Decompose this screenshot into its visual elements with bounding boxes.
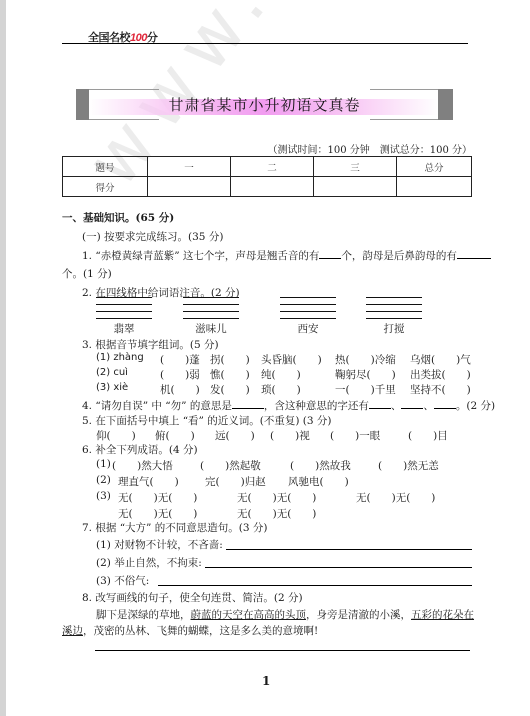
answer-blank[interactable] — [401, 398, 423, 409]
fill-item[interactable]: ( )一眼 — [330, 428, 380, 443]
fill-item[interactable]: ( )然起敬 — [200, 458, 261, 473]
answer-line[interactable] — [226, 549, 472, 550]
fill-item[interactable]: 乌烟( )气 — [410, 352, 471, 367]
fill-item[interactable]: ( )蓬 — [160, 352, 200, 367]
fill-item[interactable]: 发( ) — [210, 382, 250, 397]
question-7: 7. 根据 “大方” 的不同意思造句。(3 分) — [82, 520, 267, 535]
title-banner: 甘肃省某市小升初语文真卷 — [76, 89, 453, 120]
sentence-prompt: (3) 不俗气: — [96, 573, 149, 588]
section-heading: 一、基础知识。(65 分) — [62, 210, 174, 225]
sentence-prompt: (2) 举止自然，不拘束: — [96, 555, 202, 570]
answer-blank[interactable] — [319, 248, 341, 259]
score-cell[interactable] — [231, 177, 314, 197]
question-text: ，含这种意思的字还有 — [264, 400, 369, 412]
score-cell[interactable] — [314, 177, 397, 197]
fill-item[interactable]: 头昏脑( ) — [261, 352, 322, 367]
fill-item[interactable]: 鞠躬尽( ) — [335, 367, 396, 382]
title-line — [370, 89, 438, 90]
row-label: (2) — [96, 474, 111, 486]
passage-line-1: 脚下是深绿的草地，蔚蓝的天空在高高的头顶，身旁是清澈的小溪，五彩的花朵在 — [96, 607, 474, 622]
fill-item[interactable]: 无( )无( ) — [237, 506, 316, 521]
question-1-cont: 个。(1 分) — [62, 266, 112, 281]
underlined-sentence: 溪边 — [62, 625, 83, 637]
table-header: 一 — [148, 157, 231, 177]
question-8: 8. 改写画线的句子，使全句连贯、简洁。(2 分) — [82, 590, 303, 605]
fill-item[interactable]: ( )目 — [408, 428, 448, 443]
part-heading: (一) 按要求完成练习。(35 分) — [82, 229, 223, 244]
fill-item[interactable]: ( )然故我 — [290, 458, 351, 473]
fill-item[interactable]: ( )然大悟 — [112, 458, 173, 473]
passage-text: ，身旁是清澈的小溪， — [306, 609, 411, 621]
sentence-prompt: (1) 对财物不计较，不吝啬: — [96, 537, 223, 552]
fill-item[interactable]: 憔( ) — [210, 367, 250, 382]
pinyin-label: (2) cuì — [96, 367, 128, 378]
question-5: 5. 在下面括号中填上 “看” 的近义词。(不重复) (3 分) — [82, 413, 332, 428]
fill-item[interactable]: 坚持不( ) — [410, 382, 471, 397]
fill-item[interactable]: 一( )千里 — [335, 382, 396, 397]
word-label: 翡翠 — [96, 321, 152, 336]
question-4: 4. “请勿自误” 中 “勿” 的意思是，含这种意思的字还有、、。(2 分) — [82, 398, 495, 413]
answer-line[interactable] — [158, 585, 472, 586]
fill-item[interactable]: ( )视 — [270, 428, 310, 443]
question-1: 1. “赤橙黄绿青蓝紫” 这七个字，声母是翘舌音的有个，韵母是后鼻韵母的有 — [82, 248, 491, 263]
table-cell: 得分 — [63, 177, 148, 197]
fill-item[interactable]: 理直气( ) — [118, 474, 179, 489]
word-label: 西安 — [280, 321, 336, 336]
score-cell[interactable] — [397, 177, 472, 197]
pinyin-label: (3) xiè — [96, 382, 128, 393]
exam-meta: （测试时间：100 分钟 测试总分：100 分） — [267, 141, 472, 156]
passage-text: 脚下是深绿的草地， — [96, 609, 191, 621]
header-rule — [62, 43, 468, 44]
passage-text: ，茂密的丛林、飞舞的蝴蝶，这是多么美的意境啊! — [83, 625, 318, 637]
fill-item[interactable]: 琐( ) — [261, 382, 301, 397]
title-line — [370, 119, 438, 120]
passage-line-2: 溪边，茂密的丛林、飞舞的蝴蝶，这是多么美的意境啊! — [62, 623, 318, 638]
fill-item[interactable]: 无( )无( ) — [118, 490, 197, 505]
table-row: 得分 — [63, 177, 472, 197]
table-header: 二 — [231, 157, 314, 177]
fill-item[interactable]: 无( )无( ) — [118, 506, 197, 521]
title-line — [89, 89, 159, 90]
pinyin-label: (1) zhàng — [96, 352, 144, 363]
question-text: 4. “请勿自误” 中 “勿” 的意思是 — [82, 400, 232, 412]
word-label: 滋味儿 — [183, 321, 239, 336]
question-text: 。(2 分) — [456, 400, 495, 412]
question-3: 3. 根据音节填字组词。(5 分) — [82, 337, 219, 352]
fill-item[interactable]: 俯( ) — [155, 428, 195, 443]
fill-item[interactable]: 纯( ) — [261, 367, 301, 382]
score-table: 题号 一 二 三 总分 得分 — [62, 156, 472, 197]
question-text: 个，韵母是后鼻韵母的有 — [341, 250, 457, 262]
underlined-sentence: 五彩的花朵在 — [411, 609, 474, 621]
page-title: 甘肃省某市小升初语文真卷 — [76, 94, 453, 115]
fill-item[interactable]: 仰( ) — [96, 428, 136, 443]
answer-line[interactable] — [95, 650, 470, 651]
fill-item[interactable]: 出类拔( ) — [410, 367, 471, 382]
row-label: (3) — [96, 490, 111, 502]
answer-line[interactable] — [205, 567, 472, 568]
fill-item[interactable]: ( )然无恙 — [378, 458, 439, 473]
answer-blank[interactable] — [434, 398, 456, 409]
fill-item[interactable]: 拐( ) — [210, 352, 250, 367]
page-left-edge — [0, 0, 6, 716]
table-header: 题号 — [63, 157, 148, 177]
answer-blank[interactable] — [232, 398, 264, 409]
table-header: 总分 — [397, 157, 472, 177]
row-label: (1) — [96, 458, 111, 470]
underlined-sentence: 蔚蓝的天空在高高的头顶 — [191, 609, 307, 621]
table-header: 三 — [314, 157, 397, 177]
answer-blank[interactable] — [369, 398, 391, 409]
fill-item[interactable]: 机( ) — [160, 382, 200, 397]
title-line — [89, 119, 159, 120]
fill-item[interactable]: 无( )无( ) — [237, 490, 316, 505]
fill-item[interactable]: 无( )无( ) — [356, 490, 435, 505]
fill-item[interactable]: 远( ) — [215, 428, 255, 443]
fill-item[interactable]: 热( )冷缩 — [335, 352, 396, 367]
fill-item[interactable]: 完( )归赵 — [205, 474, 266, 489]
question-text: 1. “赤橙黄绿青蓝紫” 这七个字，声母是翘舌音的有 — [82, 250, 319, 262]
score-cell[interactable] — [148, 177, 231, 197]
fill-item[interactable]: 风驰电( ) — [288, 474, 349, 489]
word-label: 打搅 — [366, 321, 422, 336]
question-6: 6. 补全下列成语。(4 分) — [82, 442, 198, 457]
table-row: 题号 一 二 三 总分 — [63, 157, 472, 177]
answer-blank[interactable] — [457, 248, 491, 259]
page-number: 1 — [262, 674, 270, 688]
fill-item[interactable]: ( )弱 — [160, 367, 200, 382]
